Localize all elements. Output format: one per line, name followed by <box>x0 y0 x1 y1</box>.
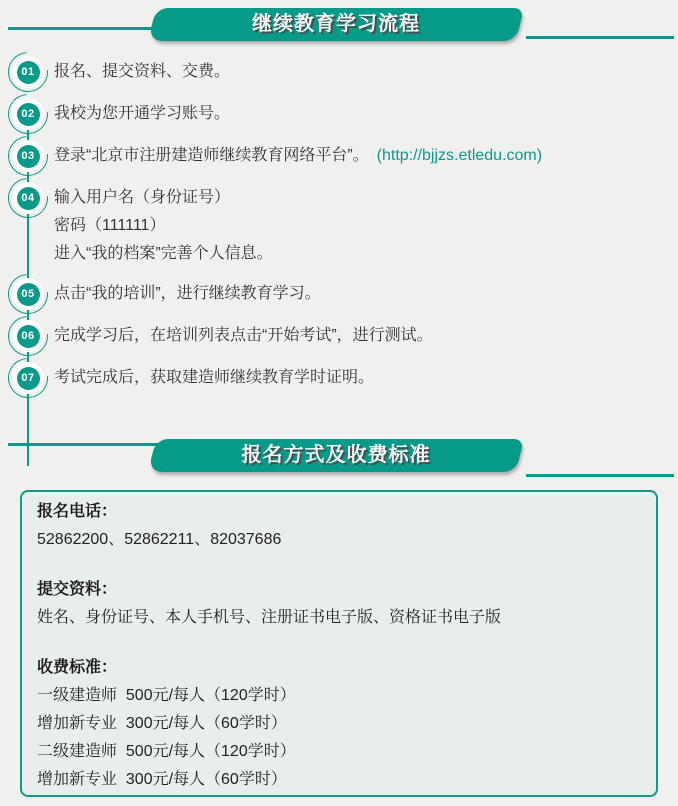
group-line: 增加新专业 300元/每人（60学时） <box>37 766 638 794</box>
step-line: 进入“我的档案”完善个人信息。 <box>54 240 273 268</box>
step-text: 登录“北京市注册建造师继续教育网络平台”。(http://bjjzs.etled… <box>54 142 542 170</box>
group-heading: 提交资料： <box>37 576 638 604</box>
step-line: 输入用户名（身份证号） <box>54 184 273 212</box>
group-line: 姓名、身份证号、本人手机号、注册证书电子版、资格证书电子版 <box>37 604 638 632</box>
step-text: 我校为您开通学习账号。 <box>54 100 230 128</box>
step-line: 报名、提交资料、交费。 <box>54 58 230 86</box>
header-line-right <box>526 36 674 39</box>
step-line: 完成学习后，在培训列表点击“开始考试”，进行测试。 <box>54 322 433 350</box>
step-line: 密码（111111） <box>54 212 273 240</box>
timeline-step: 01 报名、提交资料、交费。 <box>0 58 678 88</box>
group-heading: 报名电话： <box>37 498 638 526</box>
step-text: 考试完成后，获取建造师继续教育学时证明。 <box>54 364 374 392</box>
step-text: 完成学习后，在培训列表点击“开始考试”，进行测试。 <box>54 322 433 350</box>
info-group: 收费标准： 一级建造师 500元/每人（120学时）增加新专业 300元/每人（… <box>37 654 638 794</box>
step-number: 07 <box>17 367 40 390</box>
step-text: 输入用户名（身份证号）密码（111111）进入“我的档案”完善个人信息。 <box>54 184 273 268</box>
step-number: 01 <box>17 61 40 84</box>
step-text: 点击“我的培训”，进行继续教育学习。 <box>54 280 321 308</box>
step-line: 点击“我的培训”，进行继续教育学习。 <box>54 280 321 308</box>
step-text: 报名、提交资料、交费。 <box>54 58 230 86</box>
timeline-step: 07 考试完成后，获取建造师继续教育学时证明。 <box>0 364 678 394</box>
step-number-badge: 02 <box>12 98 44 130</box>
process-title: 继续教育学习流程 <box>152 8 520 41</box>
signup-title: 报名方式及收费标准 <box>152 439 520 472</box>
group-line: 一级建造师 500元/每人（120学时） <box>37 682 638 710</box>
timeline-step: 02 我校为您开通学习账号。 <box>0 100 678 130</box>
header-line-left <box>8 27 158 30</box>
timeline-step: 05 点击“我的培训”，进行继续教育学习。 <box>0 280 678 310</box>
step-number-badge: 03 <box>12 140 44 172</box>
group-line: 增加新专业 300元/每人（60学时） <box>37 710 638 738</box>
group-line: 二级建造师 500元/每人（120学时） <box>37 738 638 766</box>
step-number-badge: 07 <box>12 362 44 394</box>
info-group: 报名电话： 52862200、52862211、82037686 <box>37 498 638 554</box>
timeline-steps: 01 报名、提交资料、交费。 02 我校为您开通学习账号。 03 登录“北京市注… <box>0 58 678 394</box>
step-number-badge: 05 <box>12 278 44 310</box>
step-number: 03 <box>17 145 40 168</box>
info-group: 提交资料： 姓名、身份证号、本人手机号、注册证书电子版、资格证书电子版 <box>37 576 638 632</box>
timeline-step: 04 输入用户名（身份证号）密码（111111）进入“我的档案”完善个人信息。 <box>0 184 678 268</box>
header-line-left <box>8 443 158 446</box>
infographic-page: 继续教育学习流程 01 报名、提交资料、交费。 02 我校为您开通学习账号。 0… <box>0 0 678 806</box>
step-line: 我校为您开通学习账号。 <box>54 100 230 128</box>
signup-title-banner: 报名方式及收费标准 <box>148 439 524 472</box>
step-number: 05 <box>17 283 40 306</box>
timeline-step: 03 登录“北京市注册建造师继续教育网络平台”。(http://bjjzs.et… <box>0 142 678 172</box>
process-title-banner: 继续教育学习流程 <box>148 8 524 41</box>
step-number: 04 <box>17 187 40 210</box>
group-line: 52862200、52862211、82037686 <box>37 526 638 554</box>
process-timeline: 01 报名、提交资料、交费。 02 我校为您开通学习账号。 03 登录“北京市注… <box>0 58 678 406</box>
step-number-badge: 01 <box>12 56 44 88</box>
step-number-badge: 04 <box>12 182 44 214</box>
step-number-badge: 06 <box>12 320 44 352</box>
step-line: 考试完成后，获取建造师继续教育学时证明。 <box>54 364 374 392</box>
group-heading: 收费标准： <box>37 654 638 682</box>
timeline-step: 06 完成学习后，在培训列表点击“开始考试”，进行测试。 <box>0 322 678 352</box>
signup-info-box: 报名电话： 52862200、52862211、82037686 提交资料： 姓… <box>20 490 658 797</box>
platform-link[interactable]: (http://bjjzs.etledu.com) <box>377 147 542 164</box>
step-number: 06 <box>17 325 40 348</box>
header-line-right <box>526 474 674 477</box>
step-number: 02 <box>17 103 40 126</box>
step-line: 登录“北京市注册建造师继续教育网络平台”。(http://bjjzs.etled… <box>54 142 542 170</box>
